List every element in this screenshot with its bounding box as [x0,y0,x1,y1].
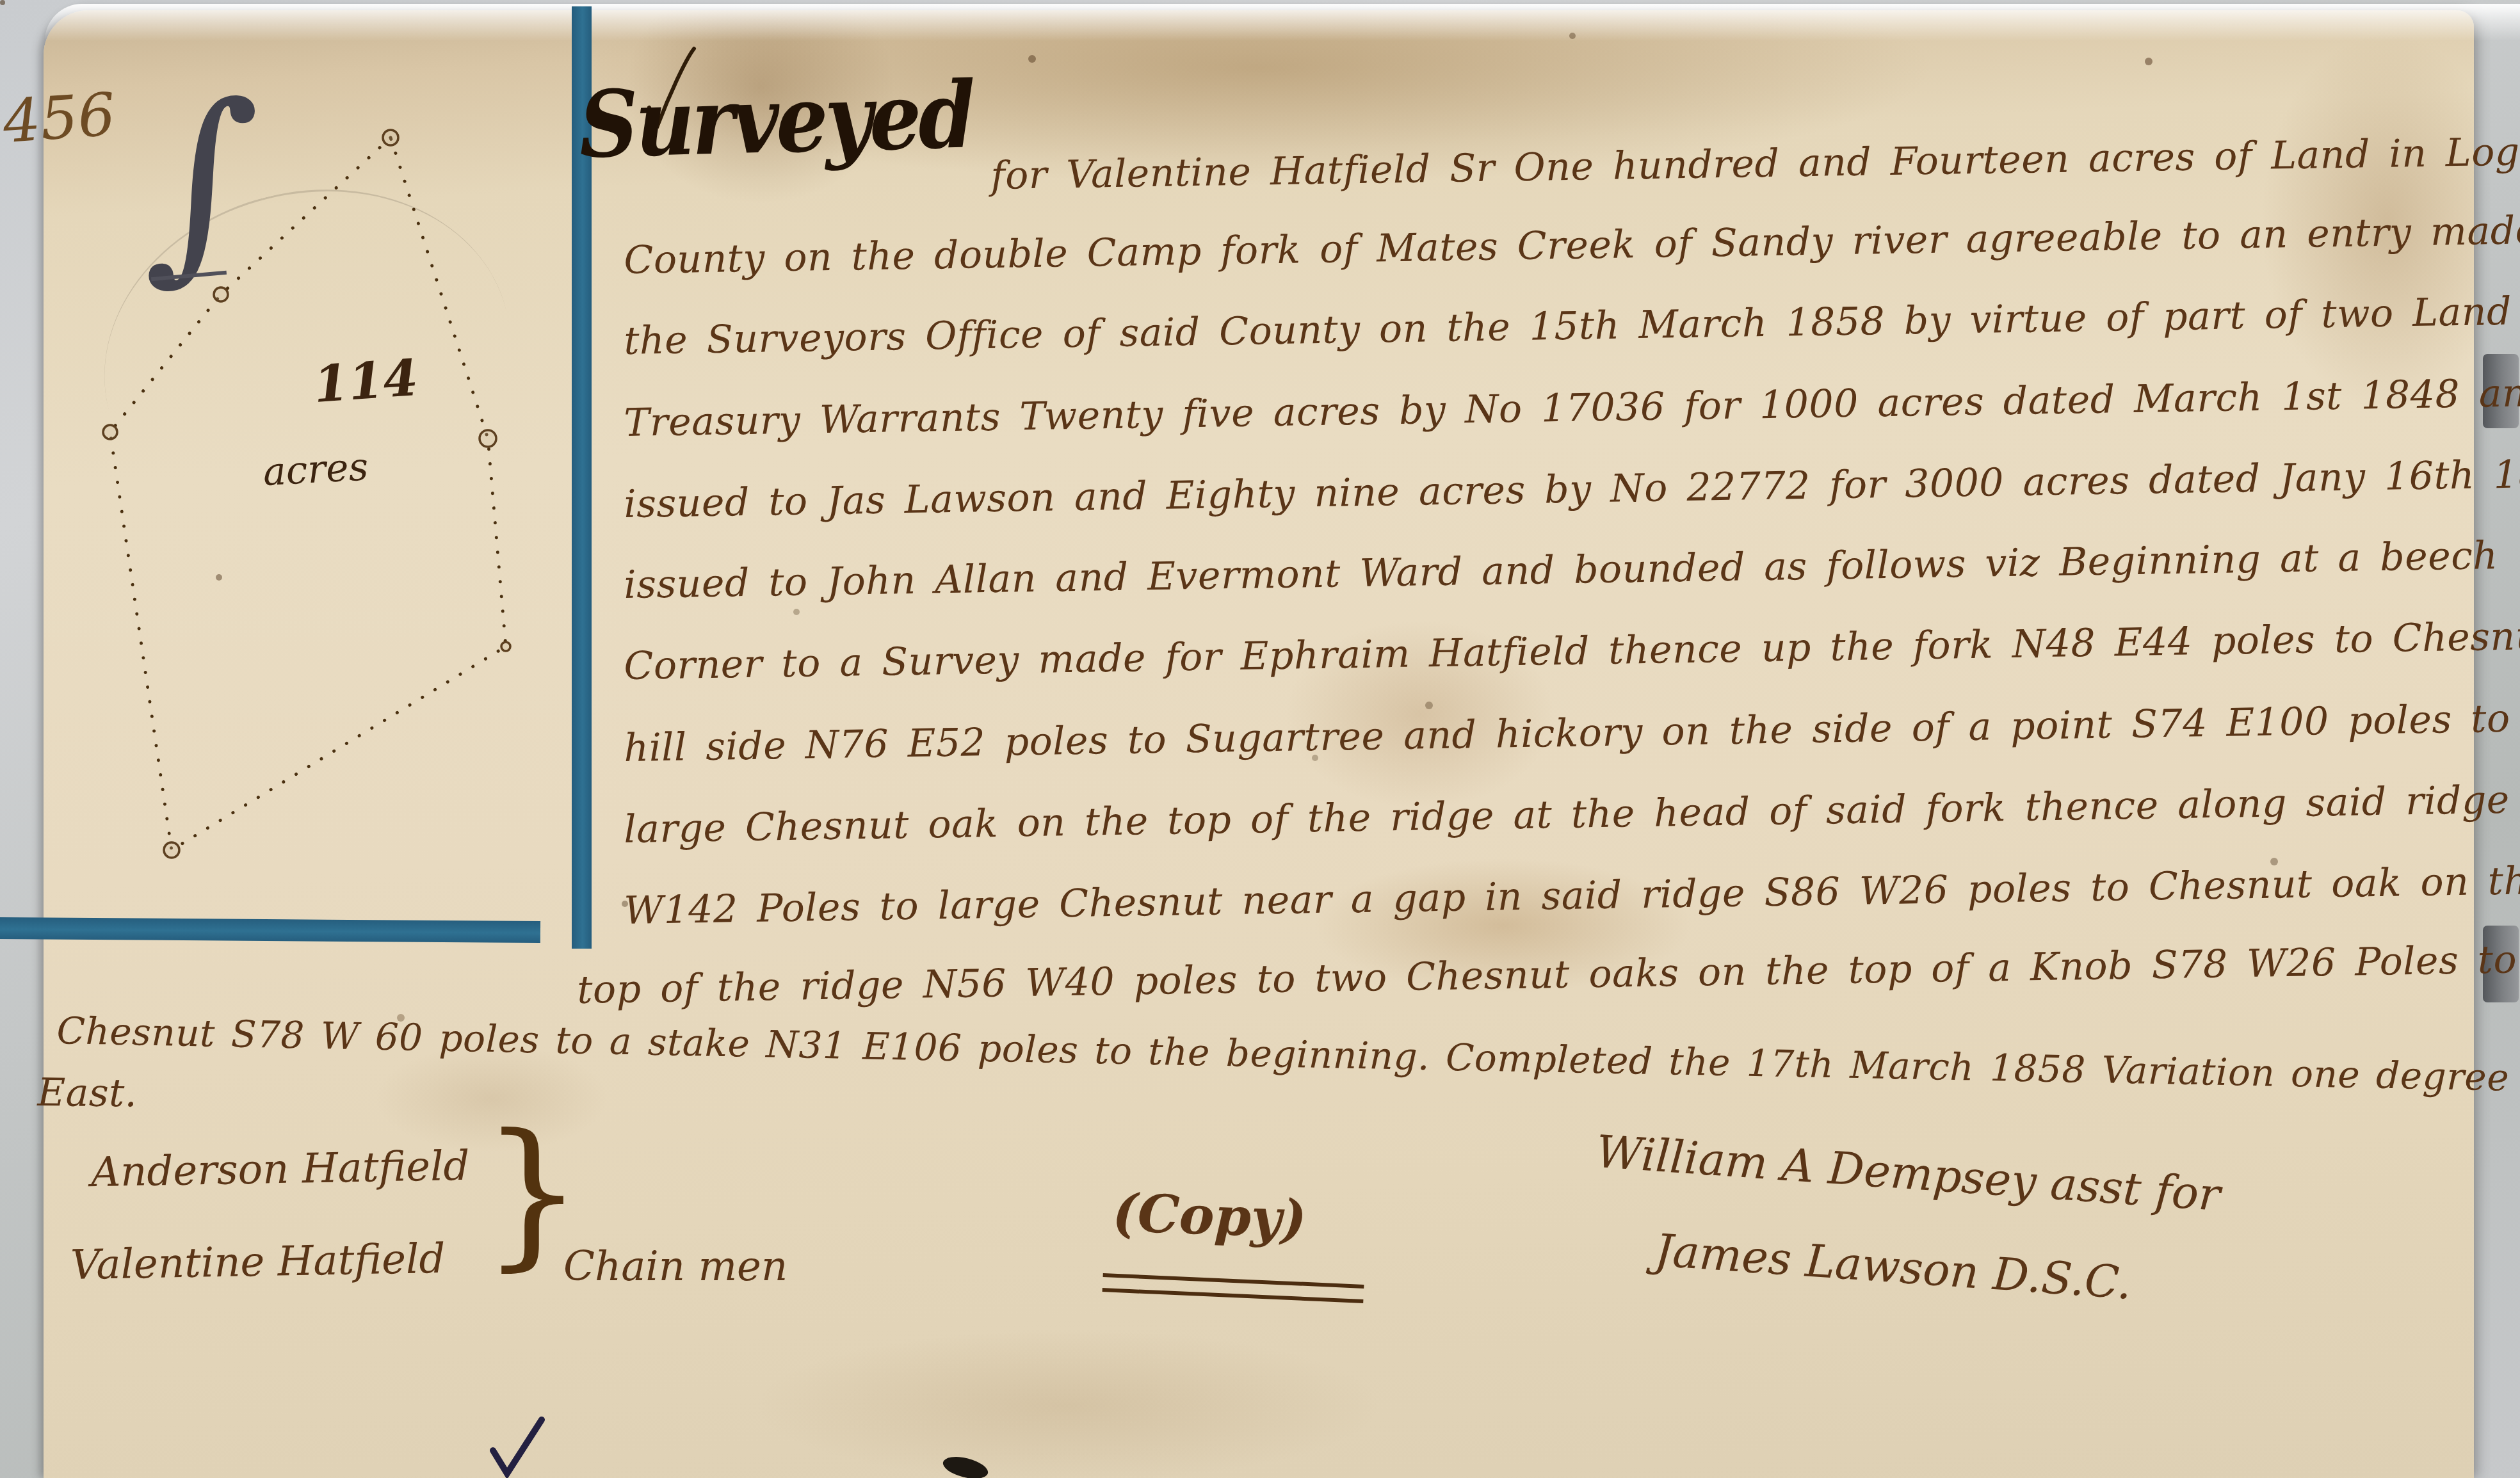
plat-corner-marker [164,842,179,858]
plat-corner-marker [501,642,510,651]
plat-acreage-number: 114 [312,349,420,414]
plat-corner-marker [383,130,398,145]
plat-corner-marker [103,425,117,439]
heading-word: Surveyed [578,61,974,179]
chainmen-label: Chain men [563,1243,787,1290]
entry-line: East. [37,1070,138,1116]
chainman-signature-1: Anderson Hatfield [90,1143,470,1196]
photographed-survey-record: 456 ∫ 114 acres Surveyed for Valentine H… [0,0,2520,1478]
plat-sketch: 114 acres [38,96,551,896]
plat-corner-marker [480,430,496,447]
plat-corner-marker [214,287,228,301]
copy-annotation: (Copy) [1111,1182,1307,1251]
chainman-signature-2: Valentine Hatfield [70,1235,446,1289]
ink-specks [0,0,5,5]
plat-boundary-dotted-line [110,138,506,850]
blue-margin-line-horizontal [0,917,540,943]
check-mark-blue-icon [488,1416,547,1478]
plat-acreage-unit: acres [262,444,369,495]
